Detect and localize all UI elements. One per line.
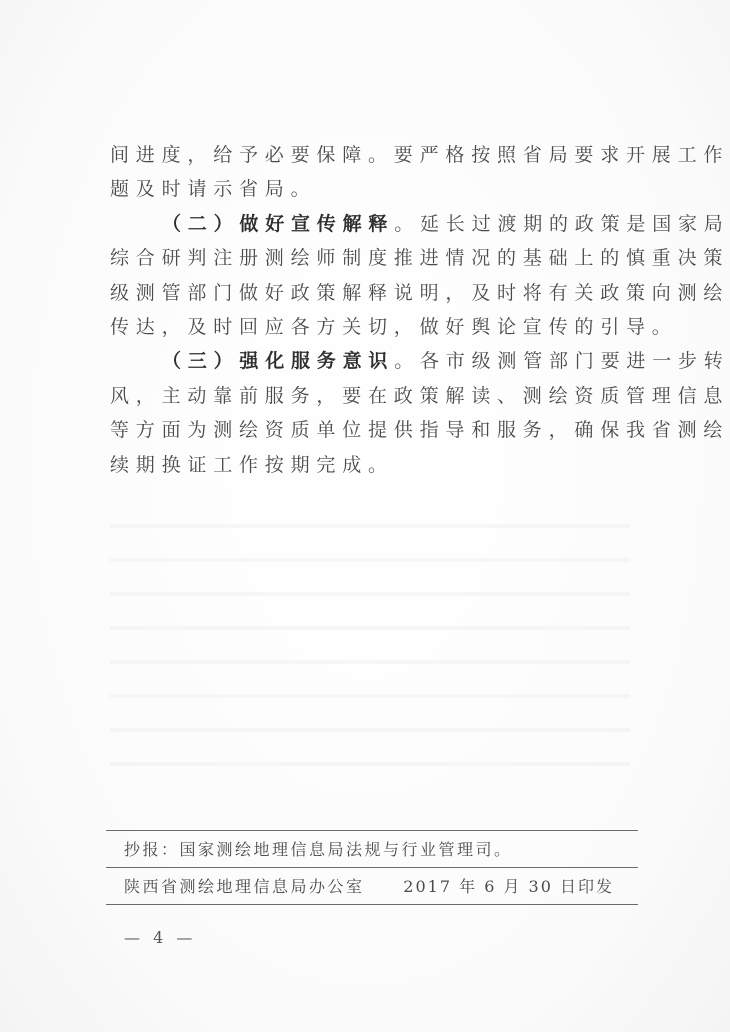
cc-recipients: 抄报：国家测绘地理信息局法规与行业管理司。: [124, 837, 614, 860]
page-number: — 4 —: [124, 928, 196, 947]
body-line: 题及时请示省局。: [110, 172, 634, 206]
footer-rule-bottom: [106, 904, 638, 905]
issue-date: 2017 年 6 月 30 日印发: [403, 874, 614, 897]
section-heading-service: （三）强化服务意识: [162, 350, 394, 372]
section-first-line: （二）做好宣传解释。延长过渡期的政策是国家局和省局在: [110, 207, 634, 241]
section-heading-publicity: （二）做好宣传解释: [162, 213, 394, 235]
body-line: 续期换证工作按期完成。: [110, 448, 634, 482]
body-line: 风，主动靠前服务，要在政策解读、测绘资质管理信息系统操作: [110, 379, 634, 413]
body-line: 级测管部门做好政策解释说明，及时将有关政策向测绘资质单位: [110, 276, 634, 310]
issuer-office: 陕西省测绘地理信息局办公室: [124, 877, 365, 896]
footer-rule-middle: [106, 867, 638, 868]
body-line: 传达，及时回应各方关切，做好舆论宣传的引导。: [110, 310, 634, 344]
issuer-row: 陕西省测绘地理信息局办公室 2017 年 6 月 30 日印发: [124, 874, 614, 897]
section-text: 。延长过渡期的政策是国家局和省局在: [394, 213, 730, 235]
body-line: 等方面为测绘资质单位提供指导和服务，确保我省测绘资质单位: [110, 413, 634, 447]
document-body: 间进度，给予必要保障。要严格按照省局要求开展工作，如遇问 题及时请示省局。 （二…: [110, 138, 634, 482]
document-page: 间进度，给予必要保障。要严格按照省局要求开展工作，如遇问 题及时请示省局。 （二…: [0, 0, 730, 1032]
paper-bleed-through: [110, 500, 630, 790]
body-line: 综合研判注册测绘师制度推进情况的基础上的慎重决策。请各市: [110, 241, 634, 275]
section-first-line: （三）强化服务意识。各市级测管部门要进一步转变工作作: [110, 344, 634, 378]
section-text: 。各市级测管部门要进一步转变工作作: [394, 350, 730, 372]
body-line: 间进度，给予必要保障。要严格按照省局要求开展工作，如遇问: [110, 138, 634, 172]
footer-rule-top: [106, 830, 638, 831]
